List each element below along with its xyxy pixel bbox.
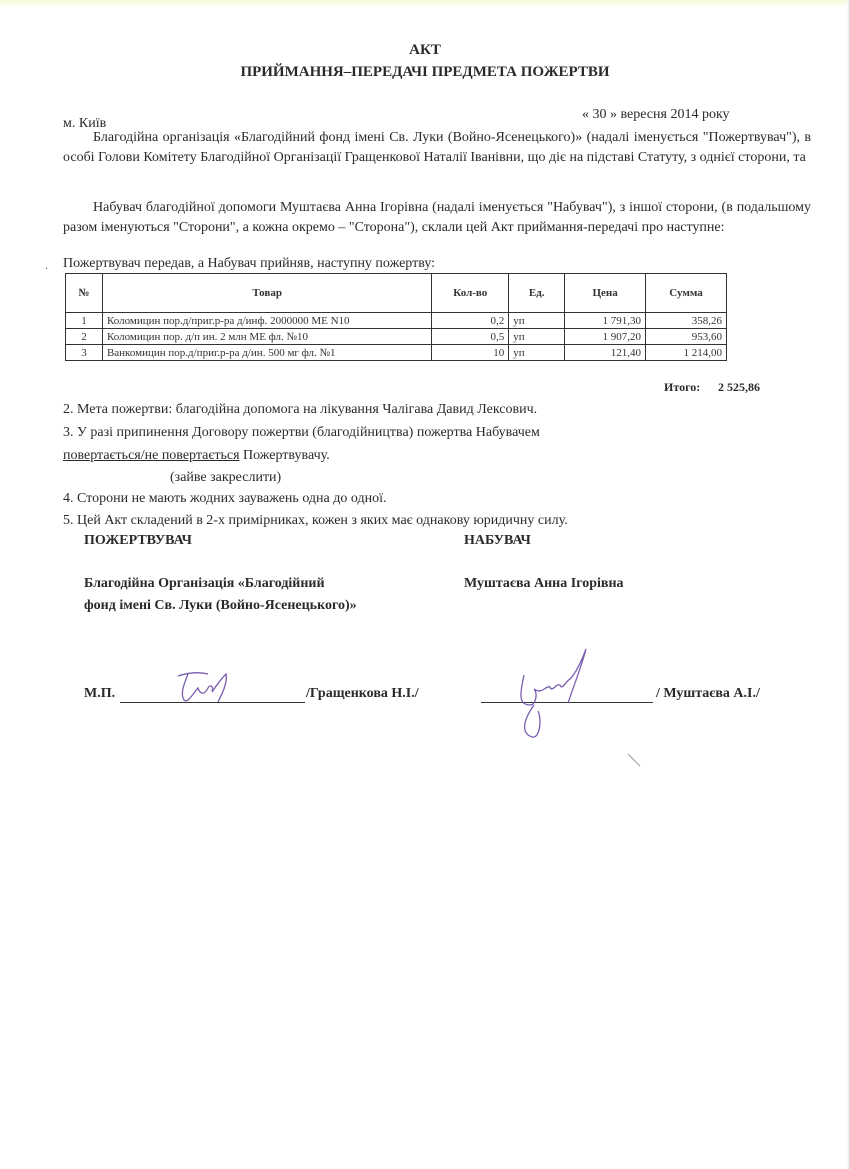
cell-sum: 1 214,00	[646, 345, 727, 361]
cell-item: Коломицин пор.д/приг.р-ра д/инф. 2000000…	[102, 313, 431, 329]
cell-qty: 10	[432, 345, 509, 361]
cell-sum: 358,26	[646, 313, 727, 329]
table-row: 1 Коломицин пор.д/приг.р-ра д/инф. 20000…	[66, 313, 727, 329]
clause-no-claims: 4. Сторони не мають жодних зауважень одн…	[63, 491, 386, 507]
clause-termination-cont: повертається/не повертається Пожертвувач…	[63, 448, 330, 464]
table-row: 3 Ванкомицин пор.д/приг.р-ра д/ин. 500 м…	[66, 345, 727, 361]
donation-items-table: № Товар Кол-во Ед. Цена Сумма 1 Коломици…	[65, 273, 727, 361]
recipient-signer: / Муштаєва А.І./	[656, 686, 760, 702]
cell-price: 121,40	[565, 345, 646, 361]
cell-num: 1	[66, 313, 103, 329]
cell-price: 1 791,30	[565, 313, 646, 329]
document-date: « 30 » вересня 2014 року	[582, 107, 730, 123]
donor-signature-icon	[170, 668, 240, 708]
clause-purpose: 2. Мета пожертви: благодійна допомога на…	[63, 402, 537, 418]
cell-num: 3	[66, 345, 103, 361]
strike-out-note: (зайве закреслити)	[170, 470, 281, 486]
cell-item: Коломицин пор. д/п ин. 2 млн МЕ фл. №10	[102, 329, 431, 345]
intro-line: Пожертвувач передав, а Набувач прийняв, …	[63, 256, 435, 272]
total-label: Итого:	[664, 380, 700, 395]
return-option-tail: Пожертвувачу.	[240, 448, 330, 463]
donor-signer: /Гращенкова Н.І./	[306, 686, 419, 702]
cell-unit: уп	[509, 345, 565, 361]
clause-termination: 3. У разі припинення Договору пожертви (…	[63, 425, 540, 441]
recipient-name: Муштаєва Анна Ігорівна	[464, 576, 624, 592]
header-price: Цена	[565, 274, 646, 313]
scan-artifact-icon	[626, 752, 646, 772]
cell-qty: 0,2	[432, 313, 509, 329]
total-value: 2 525,86	[718, 380, 760, 395]
header-qty: Кол-во	[432, 274, 509, 313]
cell-num: 2	[66, 329, 103, 345]
donor-org-line1: Благодійна Організація «Благодійний	[84, 576, 325, 592]
header-item: Товар	[102, 274, 431, 313]
return-option-underlined: повертається/не повертається	[63, 448, 240, 463]
document-subtitle: ПРИЙМАННЯ–ПЕРЕДАЧІ ПРЕДМЕТА ПОЖЕРТВИ	[0, 64, 850, 81]
header-unit: Ед.	[509, 274, 565, 313]
document-title: АКТ	[0, 42, 850, 59]
table-row: 2 Коломицин пор. д/п ин. 2 млн МЕ фл. №1…	[66, 329, 727, 345]
recipient-heading: НАБУВАЧ	[464, 533, 531, 549]
header-sum: Сумма	[646, 274, 727, 313]
cell-sum: 953,60	[646, 329, 727, 345]
cell-unit: уп	[509, 329, 565, 345]
cell-qty: 0,5	[432, 329, 509, 345]
clause-copies: 5. Цей Акт складений в 2-х примірниках, …	[63, 513, 568, 529]
recipient-signature-icon	[510, 645, 600, 745]
stamp-label: М.П.	[84, 686, 115, 702]
donor-heading: ПОЖЕРТВУВАЧ	[84, 533, 192, 549]
margin-mark: .	[45, 258, 48, 273]
paragraph-recipient: Набувач благодійної допомоги Муштаєва Ан…	[63, 198, 811, 238]
header-num: №	[66, 274, 103, 313]
scan-top-band	[0, 0, 850, 8]
table-header-row: № Товар Кол-во Ед. Цена Сумма	[66, 274, 727, 313]
cell-item: Ванкомицин пор.д/приг.р-ра д/ин. 500 мг …	[102, 345, 431, 361]
paragraph-donor: Благодійна організація «Благодійний фонд…	[63, 128, 811, 168]
donor-org-line2: фонд імені Св. Луки (Войно-Ясенецького)»	[84, 598, 357, 614]
cell-price: 1 907,20	[565, 329, 646, 345]
cell-unit: уп	[509, 313, 565, 329]
